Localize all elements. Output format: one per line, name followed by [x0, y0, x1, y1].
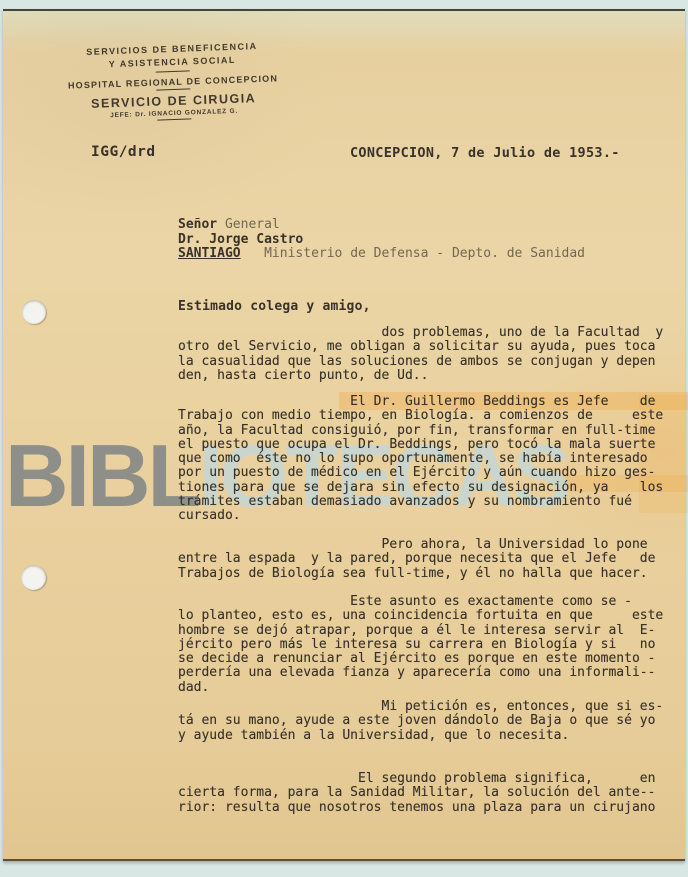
addressee-title: Señor: [178, 217, 225, 232]
letter-page: BIBLIOTECAS SERVICIOS DE BENEFICENCIA Y …: [3, 9, 685, 861]
salutation: Estimado colega y amigo,: [178, 299, 371, 314]
letterhead-stamp: SERVICIOS DE BENEFICENCIA Y ASISTENCIA S…: [32, 38, 315, 125]
dateline: CONCEPCION, 7 de Julio de 1953.-: [350, 145, 620, 161]
scanned-letter: BIBLIOTECAS SERVICIOS DE BENEFICENCIA Y …: [0, 0, 688, 877]
addressee-block: Señor General Dr. Jorge Castro SANTIAGO …: [178, 218, 585, 262]
body-paragraph-5: Mi petición es, entonces, que si es- tá …: [178, 700, 688, 743]
addressee-ministry: Ministerio de Defensa - Depto. de Sanida…: [241, 246, 585, 261]
punch-hole-bottom: [21, 565, 46, 590]
body-paragraph-6: El segundo problema significa, en cierta…: [178, 772, 688, 815]
addressee-city: SANTIAGO: [178, 246, 241, 261]
body-paragraph-3: Pero ahora, la Universidad lo pone entre…: [178, 538, 688, 581]
body-paragraph-4: Este asunto es exactamente como se - lo …: [178, 595, 688, 695]
letterhead-rule: [156, 70, 190, 72]
reference-initials: IGG/drd: [91, 144, 156, 160]
addressee-name: Dr. Jorge Castro: [178, 232, 303, 247]
watermark-strong-text: BIBL: [5, 426, 198, 525]
letterhead-rule: [157, 118, 191, 120]
body-paragraph-1: dos problemas, uno de la Facultad y otro…: [178, 326, 688, 383]
letterhead-rule: [156, 88, 190, 90]
addressee-title-rest: General: [225, 217, 280, 232]
punch-hole-top: [22, 300, 46, 324]
body-paragraph-2: El Dr. Guillermo Beddings es Jefe de Tra…: [178, 395, 688, 524]
